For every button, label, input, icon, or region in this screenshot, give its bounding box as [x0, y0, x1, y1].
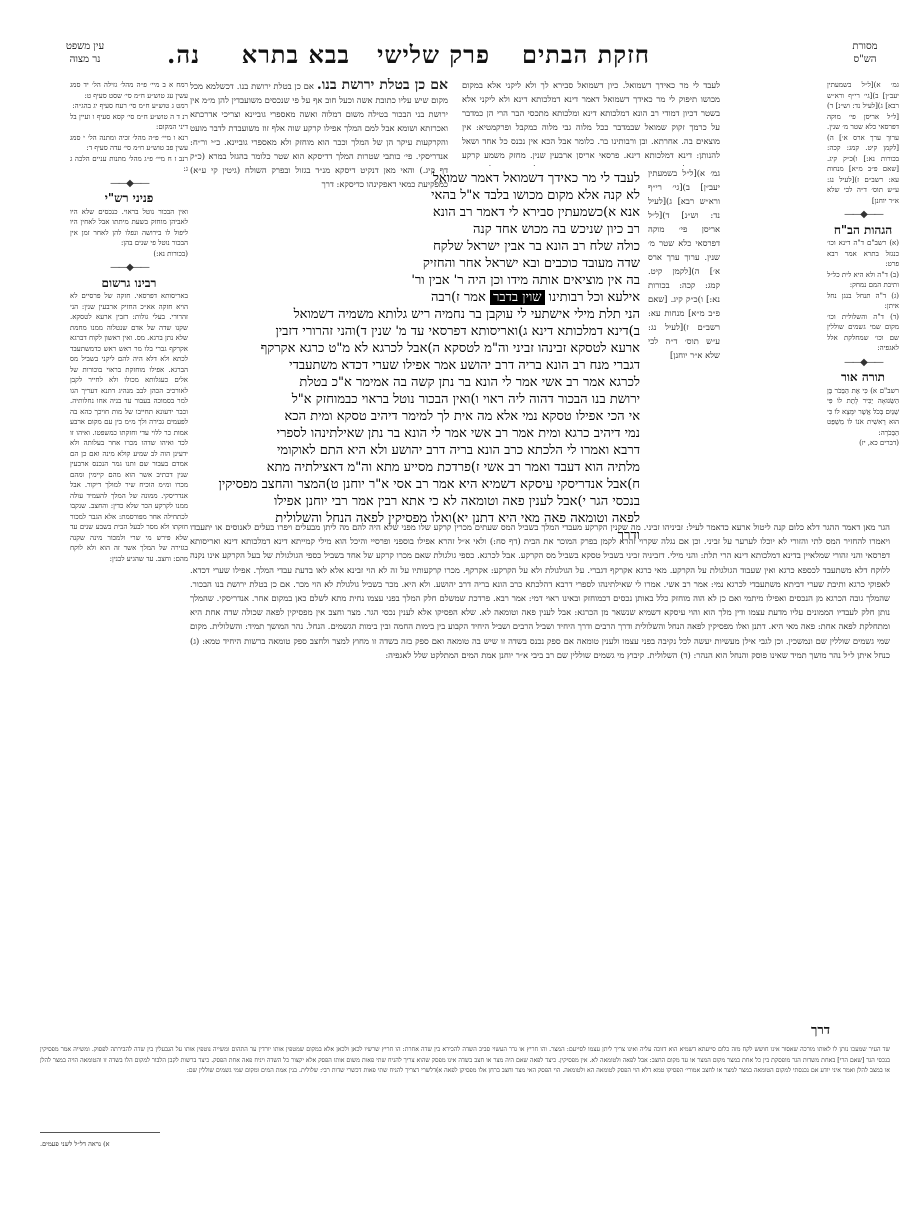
masoret-hashas-text: גמ׳ א)[ל״ל בשמעתין יעב״ן] ב)[גי׳ רי״ף ור…	[827, 80, 899, 206]
torah-or-source: (דברים כא, יז)	[827, 438, 899, 449]
gemara-line: ב)דינא דמלכותא דינא ג)ואריסותא דפרסאי עד…	[200, 323, 640, 340]
footnote: א) נראה דל״ל לשני פעמים.	[40, 1140, 110, 1148]
chapter-name: חזקת הבתים	[522, 40, 650, 70]
ornament-divider: ——◆——	[70, 263, 188, 274]
gemara-line: רב כיון שניכש בה מכוש אחד קנה	[340, 221, 640, 238]
rabbenu-gershom-title: רבינו גרשום	[70, 278, 188, 289]
ein-mishpat-item: רנ ד ה טוש״ע ח״מ סי׳ קסא סעיף ו ועיין בל…	[70, 112, 188, 133]
ein-mishpat-label: עין משפט נר מצוה	[50, 40, 120, 66]
torah-or-title: תורה אור	[827, 372, 899, 383]
left-margin: רמח א ב מיי׳ פ״ה מהל׳ גזילה הל׳ יד סמג ע…	[70, 80, 188, 1030]
hagahot-item: (ד) ד"ה והשלולית וכו׳ מקום שמי גשמים שול…	[827, 312, 899, 354]
penini-rashi-title: פניני רש"י	[70, 193, 188, 204]
gemara-line: שדה מעובד כוכבים ובא ישראל אחר והחזיק	[250, 255, 640, 272]
gemara-line: כולה שלח רב הונא בר אבין ישראל שלקח	[340, 238, 640, 255]
gemara-line: אמר ז)רבה	[431, 290, 486, 305]
gemara-line: בה אין מוציאים אותה מידו וכן היה ר' אבין…	[230, 272, 640, 289]
page-header: מסורת הש"ס חזקת הבתים פרק שלישי בבא בתרא…	[60, 40, 860, 72]
ein-mishpat-item: רמט ג טוש״ע ח״מ סי׳ רעח סעיף יג בהג״ה:	[70, 101, 188, 112]
gemara-line: אנא א)כשמעתין סבירא לי דאמר רב הונא	[340, 204, 640, 221]
gemara-line: ירושת בנו הבכור דהוה ליה ראוי ו)ואין הבכ…	[200, 391, 640, 408]
tosafot-top: לעבד לי מר כאידך דשמואל. כיון דשמואל סבי…	[462, 78, 720, 166]
hagahot-item: (ב) ד"ה ולא היא לית כל״ל ותיבת המם נמחק:	[827, 270, 899, 291]
hagahot-habach-title: הגהות הב"ח	[827, 225, 899, 236]
highlighted-phrase[interactable]: שוין בדבר	[490, 290, 545, 305]
gemara-line: דרבא ואמרו לי הלכתא כרב הונא בריה דרב יה…	[200, 442, 640, 459]
gemara-line: מלתיה הוא דעבד ואמר רב אשי ז)פרדכת מסייע…	[200, 459, 640, 476]
gemara-line: אי הכי אפילו טסקא נמי אלא מה אית לך למימ…	[200, 408, 640, 425]
folio-number: נה.	[167, 40, 200, 70]
tosafot-text: לעבד לי מר כאידך דשמואל. כיון דשמואל סבי…	[462, 80, 720, 166]
catchword: דרך	[800, 1022, 830, 1042]
ein-mishpat-item: רמח א ב מיי׳ פ״ה מהל׳ גזילה הל׳ יד סמג ע…	[70, 80, 188, 101]
ornament-divider: ——◆——	[70, 179, 188, 190]
gemara-line: אילעא וכל רבותינו	[549, 290, 640, 305]
ein-mishpat-item: רנב ז ח מיי׳ פ״ג מהל׳ מתנות עניים הלכה ג…	[70, 154, 188, 175]
tosafot-side: גמ׳ א)[ל״ל בשמעתין יעב״ן] ב)[גי׳ רי״ף ור…	[648, 166, 720, 496]
gemara-line: ארעא לטסקא זבינהו זביני וה"מ לטסקא ה)אבל…	[200, 340, 640, 357]
talmud-page: מסורת הש"ס חזקת הבתים פרק שלישי בבא בתרא…	[0, 0, 914, 1213]
masoret-hashas-label: מסורת הש"ס	[830, 40, 900, 66]
right-margin: גמ׳ א)[ל״ל בשמעתין יעב״ן] ב)[גי׳ רי״ף ור…	[734, 80, 904, 500]
tractate-name: בבא בתרא	[242, 40, 350, 70]
penini-rashi-text: ואין הבכור נוטל בראוי. כנכסים שלא היו לא…	[70, 207, 188, 249]
gemara-line: לא קנה אלא מקום מכושו בלבד א"ל בהאי	[340, 187, 640, 204]
rashbam-main: הגר מאן דאמר ההגר דלא כלום קנה ליטול ארע…	[190, 520, 890, 1010]
hagahot-item: (א) רשב"ם ד"ה דינא וכו׳ כנגזל בתרא אמר ר…	[827, 238, 899, 270]
rabbenu-gershom-bottom-text: שד העיר שמעכו נותן לו לאותו מורכה שאסור …	[40, 1046, 890, 1074]
rabbenu-gershom-bottom: שד העיר שמעכו נותן לו לאותו מורכה שאסור …	[40, 1045, 890, 1115]
rashbam-dibur-hamatchil: אם כן בטלת ירושת בנו.	[317, 78, 448, 93]
rabbenu-gershom-text: באריסותא דפרסאי. חזקה של פרסיים לא הויא …	[70, 291, 188, 564]
gemara-line: נמי דיהיב כרגא ומית אמר רב אשי אמר לי הו…	[200, 425, 640, 442]
ornament-divider: ——◆——	[827, 210, 899, 221]
penini-rashi-source: (בכורות נא:)	[70, 249, 188, 260]
gemara-line: ח)אבל אנדריסקי עיסקא דשמיא היא אמר רב אס…	[200, 476, 640, 493]
gemara-line: לעבד לי מר כאידך דשמואל דאמר שמואל	[340, 170, 640, 187]
gemara-line: דגברי מנח רב הונא בריה דרב יהושע אמר אפי…	[200, 357, 640, 374]
footnote-divider	[40, 1132, 160, 1133]
ornament-divider: ——◆——	[827, 358, 899, 369]
rashbam-main-text: הגר מאן דאמר ההגר דלא כלום קנה ליטול ארע…	[190, 522, 890, 660]
chapter-number: פרק שלישי	[377, 40, 490, 70]
gemara-line: בנכסי הגר י)אבל לענין פאה וטומאה לא כי א…	[200, 493, 640, 510]
tosafot-text-continued: גמ׳ א)[ל״ל בשמעתין יעב״ן] ב)[גי׳ רי״ף ור…	[648, 168, 720, 360]
hagahot-item: (ג) ד"ה תנחל בנגן נחל איתן:	[827, 291, 899, 312]
gemara-line: לכרגא אמר רב אשי אמר לי הונא בר נתן קשה …	[200, 374, 640, 391]
ein-mishpat-item: רנא ו מיי׳ פ״ה מהל׳ זכיה ומתנה הל׳ י סמג…	[70, 133, 188, 154]
torah-or-text: רשב"ם א) כִּי אֶת הַבְּכֹר בֶּן הַשְּׂנו…	[827, 386, 899, 439]
gemara-line: הני תלת מילי אישתעי לי עוקבן בר נחמיה רי…	[200, 306, 640, 323]
